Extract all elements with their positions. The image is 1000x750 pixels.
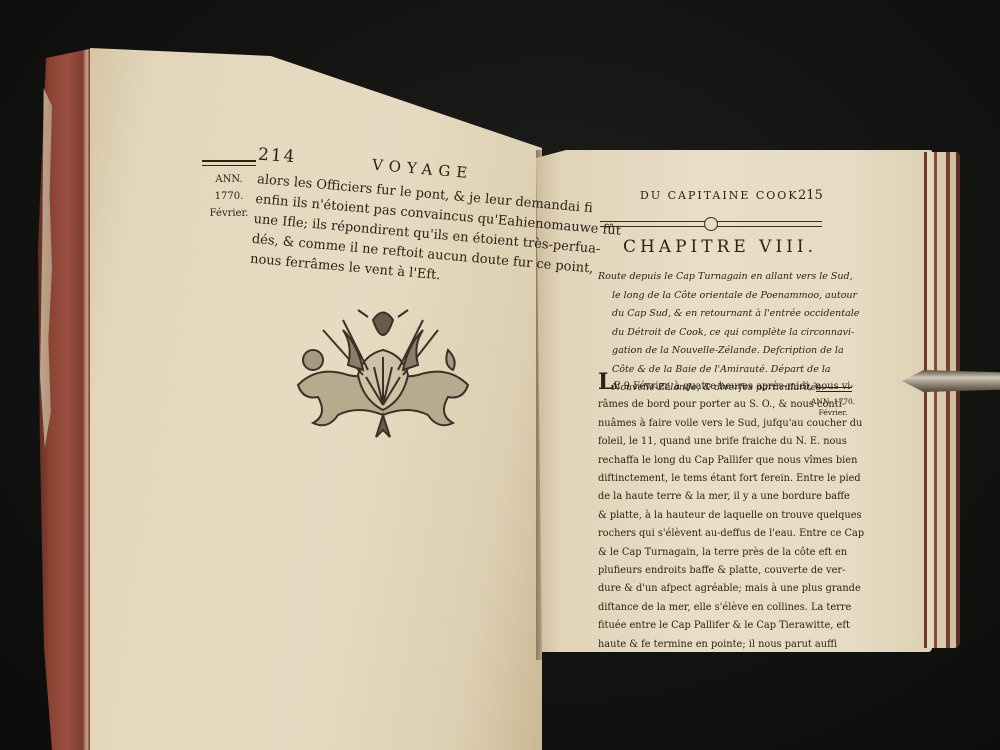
margin-note-year: ANN. 1770. [808,396,858,407]
text-line: & platte, à la hauteur de laquelle on tr… [598,507,820,525]
text-line: le long de la Côte orientale de Poenammo… [598,287,820,306]
text-line: & le Cap Turnagain, la terre près de la … [598,544,820,562]
left-margin-note: ANN. 1770. Février. [200,171,258,222]
text-line: de la haute terre & la mer, il y a une b… [598,488,820,506]
left-page-number: 214 [257,145,297,168]
text-line: rochers qui s'élèvent au-deffus de l'eau… [598,525,820,543]
text-line: haute & fe termine en pointe; il nous pa… [598,636,820,654]
cul-de-lampe-ornament-icon [288,305,478,445]
right-running-head: DU CAPITAINE COOK. [640,189,804,202]
text-line: dure & d'un afpect agréable; mais à une … [598,580,820,598]
margin-rule [816,387,852,392]
right-margin-note: ANN. 1770. Février. [808,396,858,418]
right-page-number: 215 [798,188,823,203]
right-page-body: LE 9 Février, à quatre heures après-midi… [598,375,820,654]
text-line: fituée entre le Cap Pallifer & le Cap Ti… [598,617,820,635]
text-line: du Détroit de Cook, ce qui complète la c… [598,324,820,343]
text-line: foleil, le 11, quand une brife fraiche d… [598,433,820,451]
margin-note-month: Février. [808,407,858,418]
drop-cap: L [598,369,613,395]
margin-note-year: ANN. 1770. [200,171,258,205]
text-line: nuâmes à faire voile vers le Sud, jufqu'… [598,415,820,433]
chapter-head-rule [600,221,822,227]
margin-note-month: Février. [200,205,258,222]
text-line: gation de la Nouvelle-Zélande. Defcripti… [598,342,820,361]
text-line: du Cap Sud, & en retournant à l'entrée o… [598,305,820,324]
right-page-edges [924,152,960,648]
text-line: Route depuis le Cap Turnagain en allant … [598,268,820,287]
text-line: râmes de bord pour porter au S. O., & no… [598,396,820,414]
margin-rule [202,160,256,166]
text-line: plufieurs endroits baffe & platte, couve… [598,562,820,580]
text-line: LE 9 Février, à quatre heures après-midi… [598,375,820,396]
text-line: rechaffa le long du Cap Pallifer que nou… [598,452,820,470]
text-line: diftance de la mer, elle s'élève en coll… [598,599,820,617]
chapter-title: CHAPITRE VIII. [620,237,820,257]
book-photo: 214 VOYAGE ANN. 1770. Février. alors les… [0,0,1000,750]
text-line: diftinctement, le tems étant fort ferein… [598,470,820,488]
